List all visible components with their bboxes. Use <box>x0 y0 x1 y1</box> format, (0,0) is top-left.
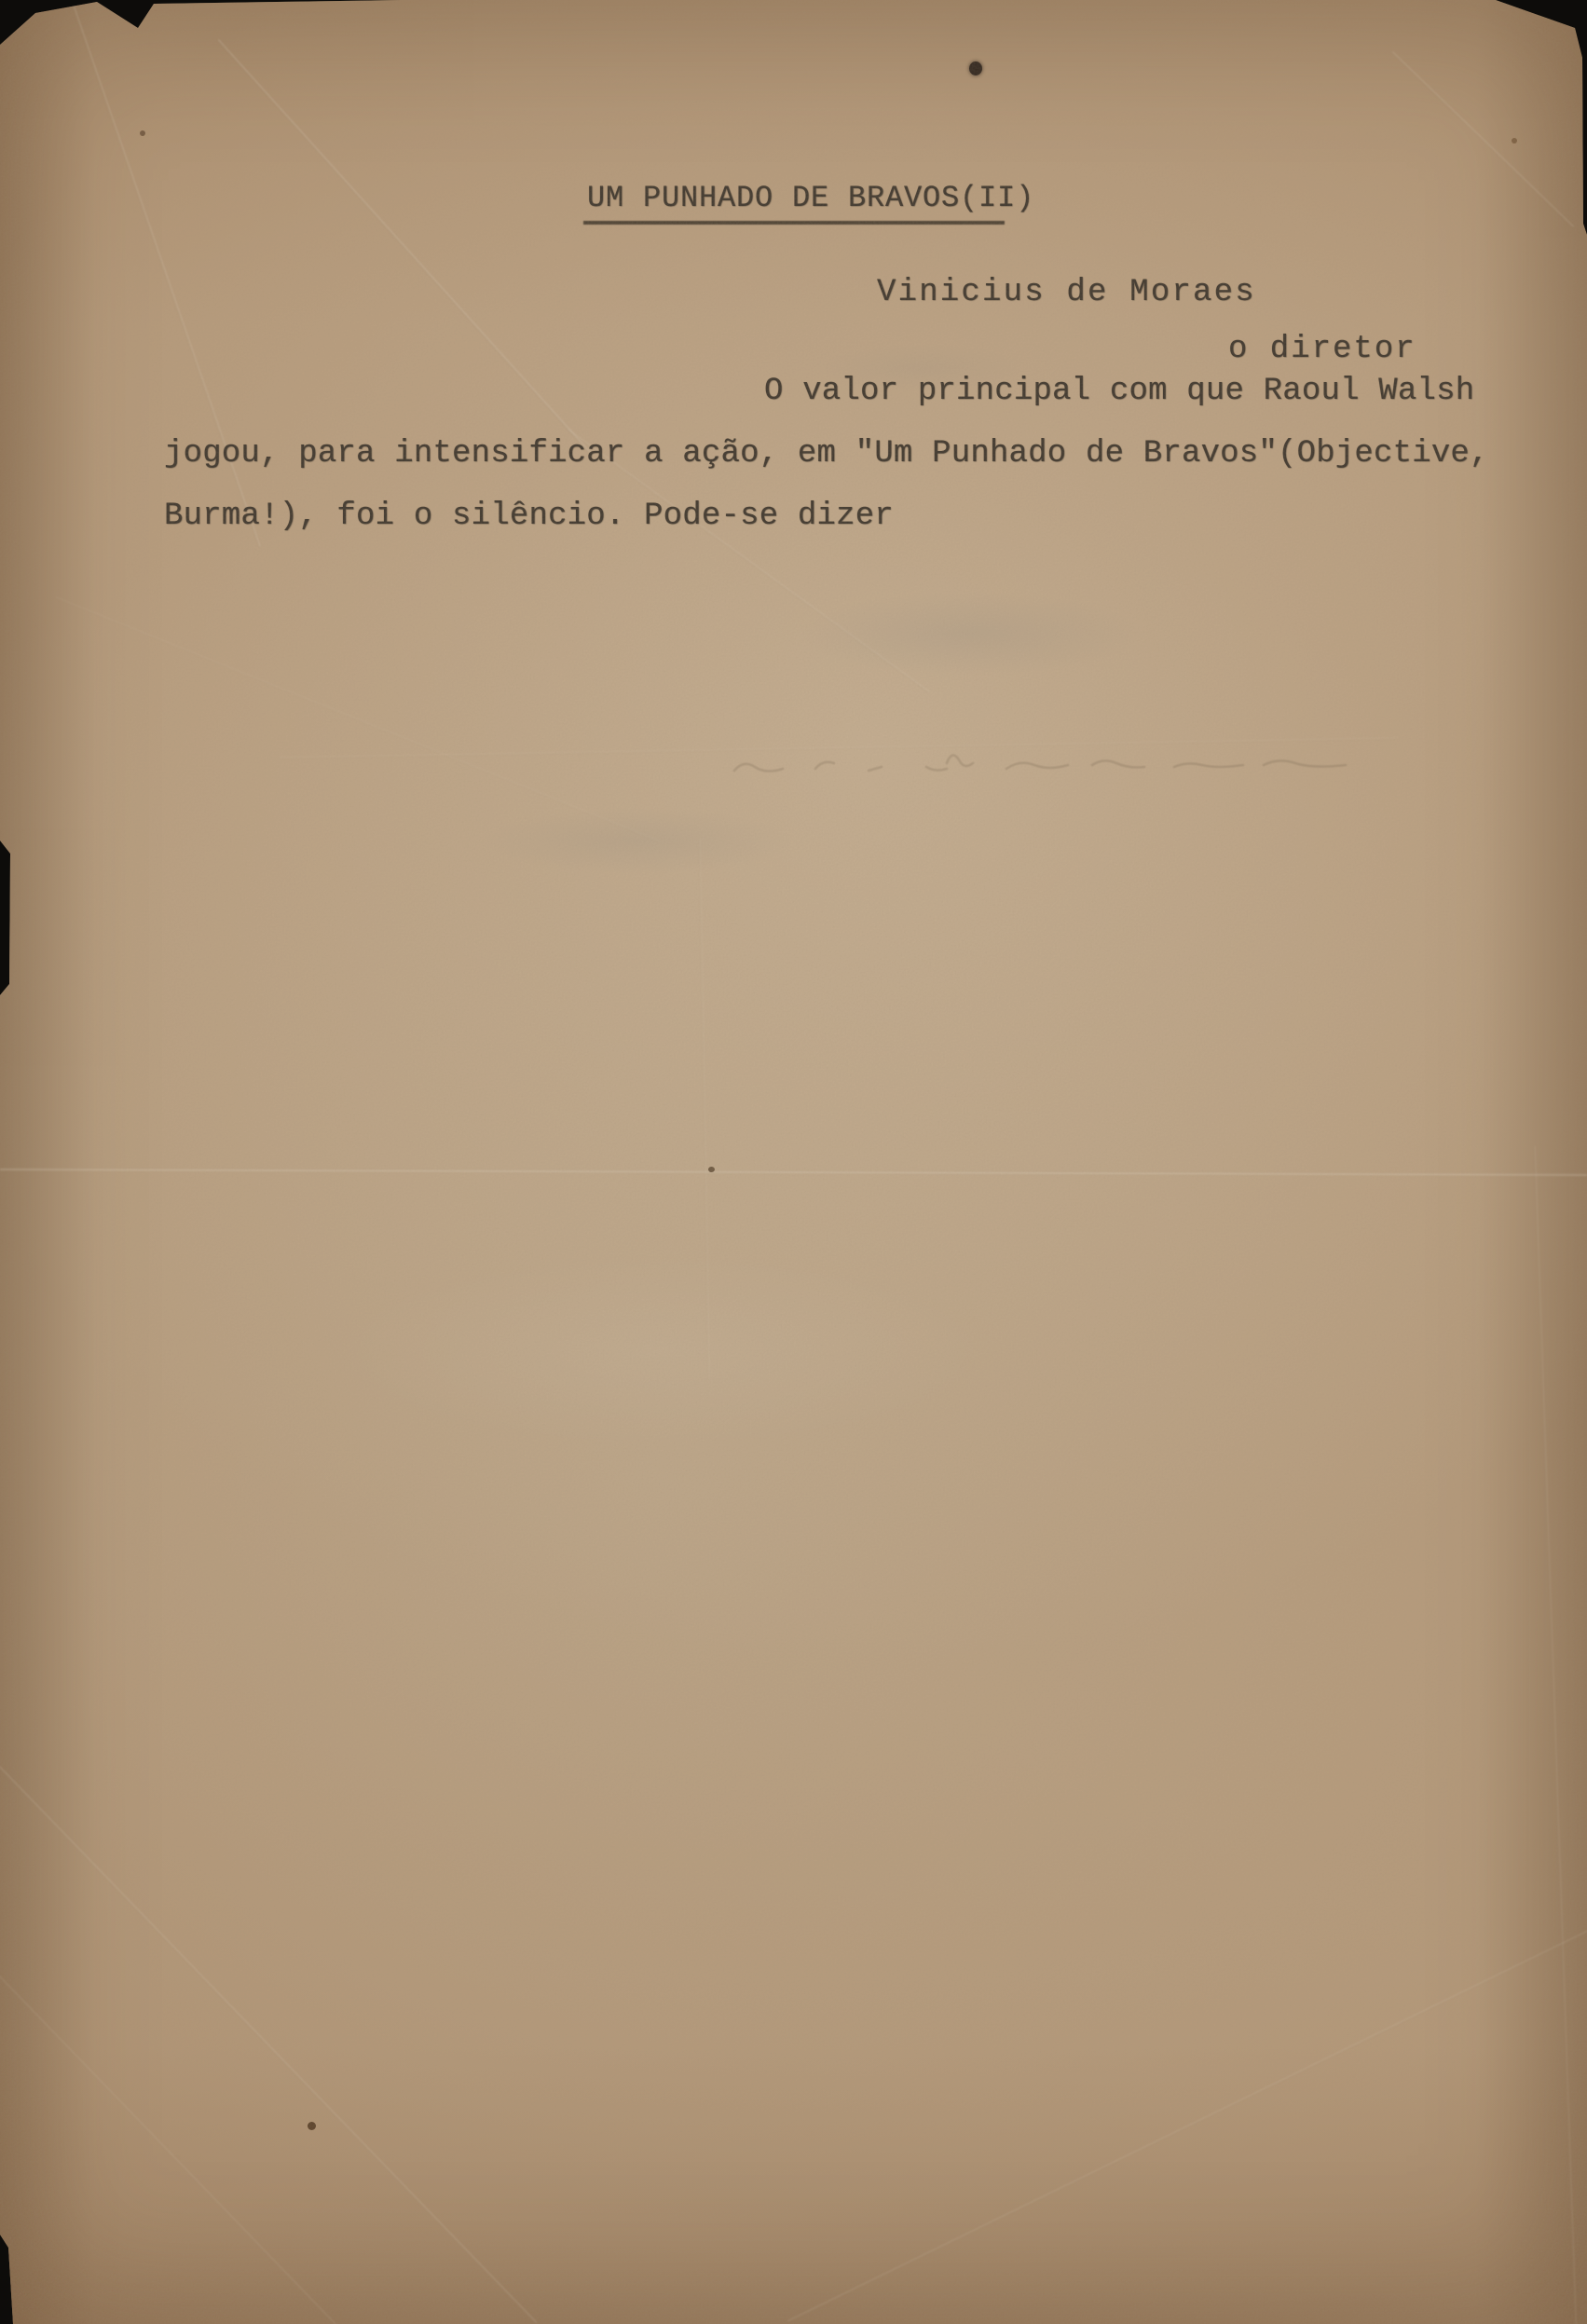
crease-line <box>280 737 1398 759</box>
interline-annotation: o diretor <box>1228 330 1416 370</box>
paper-sheet: UM PUNHADO DE BRAVOS(II) Vinicius de Mor… <box>0 0 1587 2324</box>
body-line: jogou, para intensificar a ação, em "Um … <box>164 434 1489 474</box>
crease-line <box>787 1928 1587 2323</box>
document-title: UM PUNHADO DE BRAVOS(II) <box>587 180 1034 217</box>
crease-line <box>698 839 710 1379</box>
body-line: O valor principal com que Raoul Walsh <box>764 372 1474 412</box>
crease-line <box>1533 1146 1577 2324</box>
light-patch <box>242 1230 1081 1472</box>
faint-pencil-marks <box>727 741 1361 792</box>
crease-line <box>1391 51 1574 228</box>
ink-spot <box>969 62 982 75</box>
title-underline <box>583 221 1005 225</box>
ink-bleed-smudge <box>429 797 848 885</box>
horizontal-fold-line <box>0 1168 1587 1177</box>
crease-line <box>55 596 661 843</box>
scan-background: UM PUNHADO DE BRAVOS(II) Vinicius de Mor… <box>0 0 1587 2324</box>
crease-line <box>217 39 594 457</box>
paper-speck <box>1512 138 1517 144</box>
paper-speck <box>708 1167 715 1172</box>
body-line: Burma!), foi o silêncio. Pode-se dizer <box>164 497 894 537</box>
ink-bleed-smudge <box>736 578 1202 690</box>
paper-speck <box>308 2122 316 2130</box>
paper-speck <box>140 130 145 136</box>
crease-line <box>0 1766 538 2324</box>
author-byline: Vinicius de Moraes <box>877 273 1256 313</box>
crease-line <box>0 1975 336 2324</box>
